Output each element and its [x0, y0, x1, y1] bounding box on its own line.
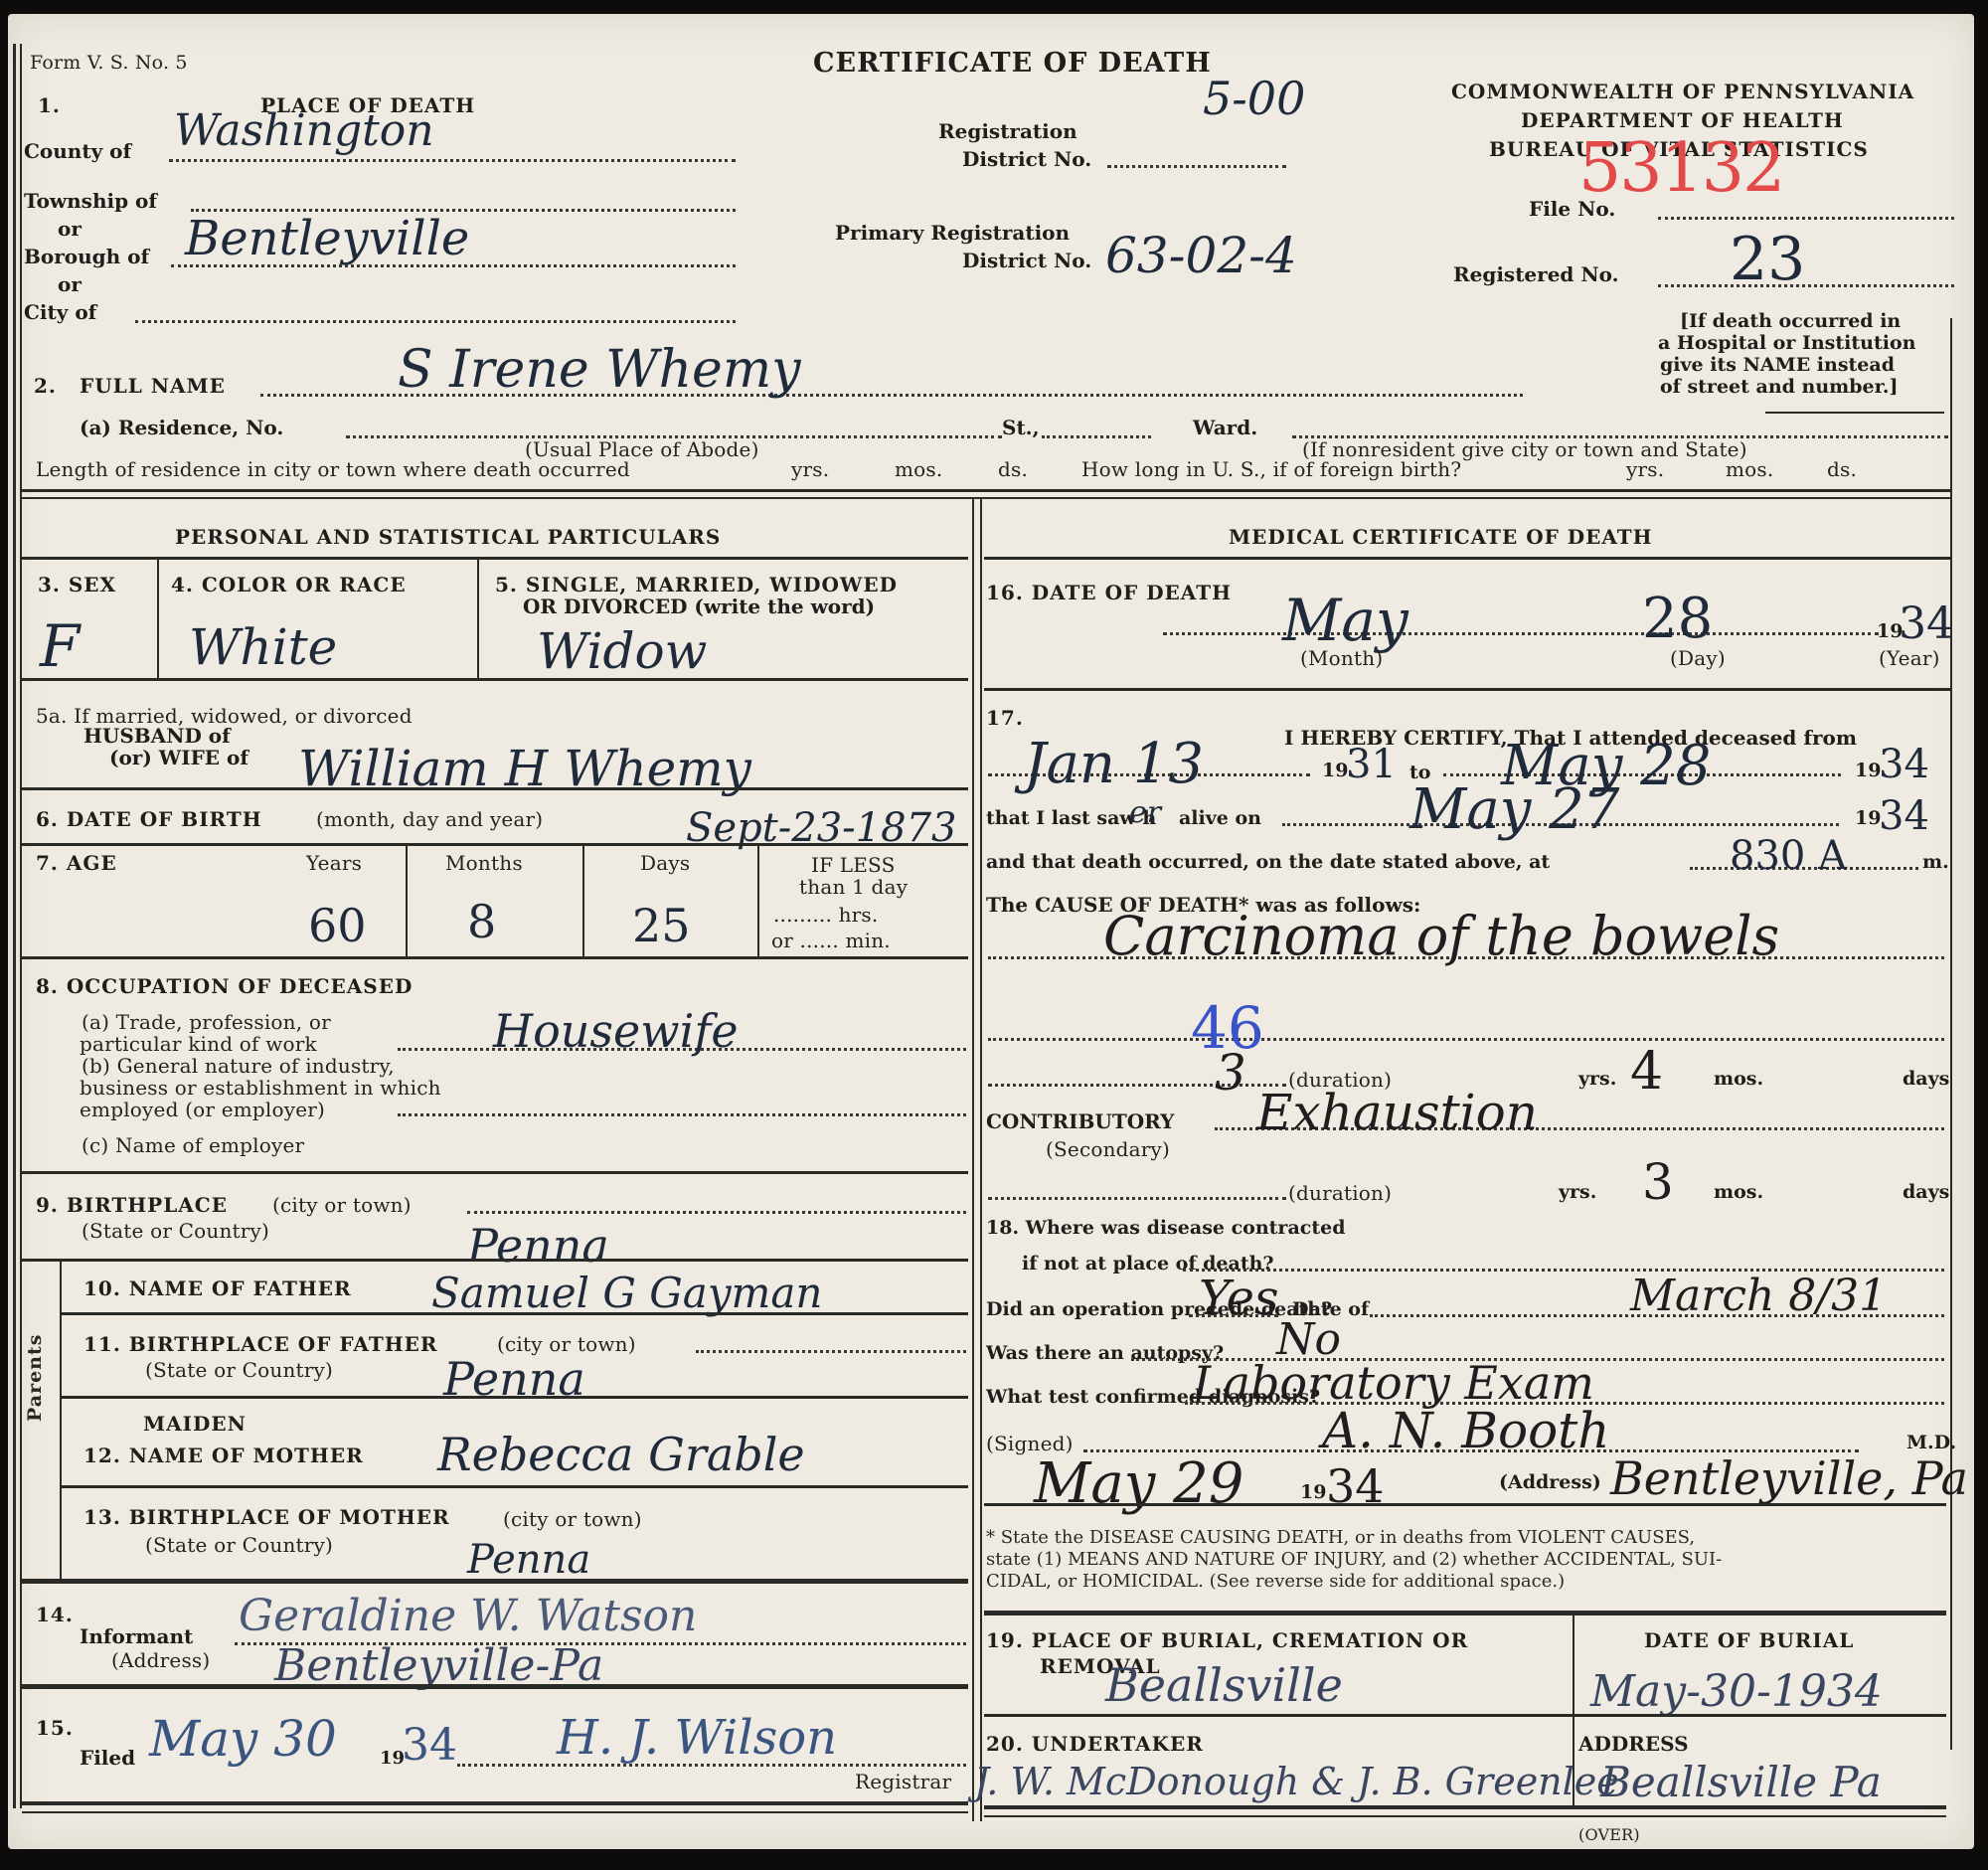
age-days-value[interactable]: 25: [632, 899, 691, 952]
right-border: [1950, 318, 1952, 1750]
left-border-outer: [13, 44, 16, 1808]
registration-label-1: Registration: [938, 119, 1077, 143]
burial-value[interactable]: Beallsville: [1105, 1658, 1343, 1712]
residence-label: (a) Residence, No.: [80, 416, 283, 439]
primary-registration-label-1: Primary Registration: [835, 221, 1070, 245]
age-div-2: [582, 845, 584, 956]
borough-label: Borough of: [24, 245, 149, 268]
occ-a-value[interactable]: Housewife: [493, 1004, 739, 1058]
dob-label: 6. DATE OF BIRTH: [36, 807, 262, 831]
footnote-1: * State the DISEASE CAUSING DEATH, or in…: [986, 1527, 1695, 1548]
contrib-duration-dots: [988, 1197, 1286, 1200]
section-rule-top: [22, 489, 1950, 492]
cert-number: 17.: [986, 706, 1024, 730]
bottom-rule-left-2: [22, 1811, 968, 1813]
birthplace-value[interactable]: Penna: [467, 1219, 609, 1273]
sex-divider: [157, 559, 159, 678]
age-less-hrs: ......... hrs.: [773, 903, 878, 927]
last-saw-pronoun[interactable]: er: [1129, 795, 1161, 830]
county-field[interactable]: [169, 159, 736, 162]
dod-day[interactable]: 28: [1642, 587, 1713, 651]
row-rule-3: [22, 678, 968, 681]
medical-heading: MEDICAL CERTIFICATE OF DEATH: [1229, 525, 1653, 549]
dod-label: 16. DATE OF DEATH: [986, 581, 1232, 604]
father-bp-label: 11. BIRTHPLACE OF FATHER: [83, 1332, 438, 1356]
signature-rule: [984, 1503, 1946, 1506]
occ-b-field[interactable]: [398, 1113, 966, 1116]
row-rule-8: [22, 1171, 968, 1174]
burial-date-label: DATE OF BURIAL: [1644, 1628, 1854, 1652]
age-less-1: IF LESS: [811, 853, 895, 877]
row-rule-12: [62, 1485, 968, 1488]
length-residence-label: Length of residence in city or town wher…: [36, 457, 630, 481]
hospital-note-2: a Hospital or Institution: [1658, 332, 1915, 354]
city-label: City of: [24, 300, 96, 324]
attended-from-year[interactable]: 31: [1346, 742, 1397, 787]
informant-number: 14.: [36, 1603, 74, 1626]
registered-no-value[interactable]: 23: [1730, 225, 1805, 294]
county-label: County of: [24, 139, 131, 163]
alive-on-label: alive on: [1179, 807, 1261, 829]
marital-value[interactable]: Widow: [537, 622, 707, 680]
city-field[interactable]: [135, 320, 736, 323]
borough-value[interactable]: Bentleyville: [185, 211, 469, 266]
marital-label-1: 5. SINGLE, MARRIED, WIDOWED: [495, 573, 898, 596]
father-bp-city-field[interactable]: [696, 1350, 966, 1353]
age-years-value[interactable]: 60: [308, 899, 367, 952]
burial-date-value[interactable]: May-30-1934: [1590, 1666, 1883, 1717]
filed-year[interactable]: 34: [402, 1720, 457, 1771]
primary-registration-value[interactable]: 63-02-4: [1105, 227, 1297, 284]
page-title: CERTIFICATE OF DEATH: [813, 48, 1212, 79]
age-months-value[interactable]: 8: [467, 895, 496, 948]
hospital-note-4: of street and number.]: [1660, 376, 1899, 398]
row-rule-11: [62, 1396, 968, 1399]
md-label: M.D.: [1906, 1432, 1956, 1453]
undertaker-address-value[interactable]: Beallsville Pa: [1600, 1758, 1882, 1806]
occ-b-3: employed (or employer): [80, 1098, 325, 1121]
parents-divider: [60, 1261, 62, 1581]
filed-number: 15.: [36, 1716, 74, 1740]
duration-mos-label: mos.: [1714, 1068, 1763, 1090]
age-div-1: [406, 845, 408, 956]
mother-bp-sub: (city or town): [503, 1507, 642, 1531]
dob-sub: (month, day and year): [316, 807, 543, 831]
row-rule-9: [22, 1259, 968, 1262]
column-divider-left: [972, 499, 974, 1821]
bottom-rule-right-1: [984, 1805, 1946, 1809]
contrib-yrs-label: yrs.: [1559, 1181, 1596, 1203]
address-label: (Address): [1499, 1471, 1601, 1493]
secondary-label: (Secondary): [1046, 1137, 1170, 1161]
signed-year-prefix: 19: [1300, 1481, 1326, 1503]
length-ds: ds.: [998, 457, 1028, 481]
operation-value[interactable]: Yes: [1199, 1271, 1279, 1326]
registered-no-dots: [1658, 284, 1954, 287]
full-name-label: FULL NAME: [80, 374, 226, 398]
occupation-heading: 8. OCCUPATION OF DECEASED: [36, 974, 413, 998]
registration-label-2: District No.: [962, 147, 1091, 171]
contributory-value[interactable]: Exhaustion: [1256, 1084, 1538, 1141]
row-rule-7: [22, 956, 968, 959]
q18-label-1: 18. Where was disease contracted: [986, 1217, 1345, 1239]
footnote-2: state (1) MEANS AND NATURE OF INJURY, an…: [986, 1549, 1722, 1570]
file-no-label: File No.: [1529, 197, 1615, 221]
registrar-value[interactable]: H. J. Wilson: [557, 1710, 837, 1766]
footnote-3: CIDAL, or HOMICIDAL. (See reverse side f…: [986, 1571, 1565, 1592]
row-rule-10: [62, 1312, 968, 1315]
day-caption: (Day): [1670, 646, 1726, 670]
contrib-mos-label: mos.: [1714, 1181, 1763, 1203]
mother-maiden: MAIDEN: [143, 1412, 247, 1436]
hospital-note-rule: [1765, 412, 1944, 414]
township-label: Township of: [24, 189, 157, 213]
operation-date[interactable]: March 8/31: [1630, 1271, 1887, 1321]
medical-heading-rule: [984, 557, 1950, 560]
street-field[interactable]: [1042, 435, 1151, 438]
personal-heading: PERSONAL AND STATISTICAL PARTICULARS: [175, 525, 721, 549]
dod-field[interactable]: [1163, 632, 1879, 635]
age-less-min: or ...... min.: [771, 929, 891, 952]
county-value[interactable]: Washington: [174, 105, 434, 156]
row-rule-14: [22, 1684, 968, 1689]
column-divider-right: [980, 499, 982, 1821]
address-value[interactable]: Bentleyville, Pa: [1610, 1451, 1968, 1505]
burial-top-rule: [984, 1611, 1946, 1615]
age-days-label: Days: [640, 851, 690, 875]
bottom-rule-left-1: [22, 1801, 968, 1805]
full-name-number: 2.: [34, 374, 57, 398]
age-div-3: [757, 845, 759, 956]
time-label: and that death occurred, on the date sta…: [986, 851, 1550, 873]
registration-district-value[interactable]: 5-00: [1203, 72, 1305, 125]
place-of-death-number: 1.: [38, 93, 61, 117]
attended-from[interactable]: Jan 13: [1024, 732, 1204, 796]
race-divider: [477, 559, 479, 678]
race-label: 4. COLOR OR RACE: [171, 573, 407, 596]
us-mos: mos.: [1726, 457, 1773, 481]
age-months-label: Months: [445, 851, 523, 875]
dod-month[interactable]: May: [1282, 587, 1408, 654]
row-rule-16: [984, 688, 1950, 691]
undertaker-label: 20. UNDERTAKER: [986, 1732, 1204, 1756]
mother-value[interactable]: Rebecca Grable: [437, 1428, 805, 1481]
last-saw-date[interactable]: May 27: [1409, 777, 1619, 842]
marital-label-2: OR DIVORCED (write the word): [523, 595, 875, 618]
cause-field-2[interactable]: [988, 1038, 1944, 1041]
duration-days-label: days: [1903, 1068, 1949, 1090]
occ-c: (c) Name of employer: [82, 1133, 304, 1157]
month-caption: (Month): [1300, 646, 1383, 670]
hospital-note-1: [If death occurred in: [1680, 310, 1901, 332]
street-label: St.,: [1002, 416, 1040, 439]
dod-year[interactable]: 34: [1899, 598, 1954, 649]
duration-yrs-value[interactable]: 3: [1215, 1044, 1246, 1102]
file-no-dots: [1658, 217, 1954, 220]
hospital-note-3: give its NAME instead: [1660, 354, 1895, 376]
contributory-label: CONTRIBUTORY: [986, 1109, 1174, 1133]
birthplace-sub: (city or town): [272, 1193, 412, 1217]
occ-b-2: business or establishment in which: [80, 1076, 441, 1100]
filed-date[interactable]: May 30: [149, 1710, 337, 1768]
signed-date[interactable]: May 29: [1034, 1451, 1243, 1516]
age-label: 7. AGE: [36, 851, 117, 875]
time-suffix: m.: [1922, 851, 1949, 873]
birthplace-city-field[interactable]: [467, 1211, 966, 1214]
us-ds: ds.: [1827, 457, 1857, 481]
length-mos: mos.: [895, 457, 942, 481]
contrib-mos-value[interactable]: 3: [1642, 1153, 1674, 1211]
spouse-label-3: (or) WIFE of: [109, 746, 248, 769]
contrib-days-label: days: [1903, 1181, 1949, 1203]
burial-mid-rule: [984, 1714, 1946, 1717]
row-rule-5a: [22, 787, 968, 790]
left-border-inner: [20, 44, 22, 1808]
ward-label: Ward.: [1193, 416, 1257, 439]
informant-address-label: (Address): [111, 1648, 210, 1672]
registrar-label: Registrar: [855, 1770, 951, 1793]
informant-value[interactable]: Geraldine W. Watson: [239, 1591, 697, 1641]
personal-heading-rule: [22, 557, 968, 560]
registered-no-label: Registered No.: [1453, 262, 1619, 286]
bottom-rule-right-2: [984, 1815, 1946, 1817]
duration-mos-value[interactable]: 4: [1630, 1042, 1663, 1102]
authority-line-1: COMMONWEALTH OF PENNSYLVANIA: [1451, 80, 1914, 103]
year-caption: (Year): [1879, 646, 1940, 670]
race-value[interactable]: White: [189, 618, 337, 676]
us-yrs: yrs.: [1626, 457, 1664, 481]
birthplace-sub2: (State or Country): [82, 1219, 269, 1243]
sex-value[interactable]: F: [40, 612, 80, 680]
section-rule-top-2: [22, 497, 1950, 499]
age-less-2: than 1 day: [799, 875, 908, 899]
age-years-label: Years: [306, 851, 362, 875]
mother-label: 12. NAME OF MOTHER: [83, 1444, 364, 1467]
mother-bp-sub2: (State or Country): [145, 1533, 333, 1557]
contrib-duration-label: (duration): [1288, 1181, 1392, 1205]
full-name-value[interactable]: S Irene Whemy: [398, 340, 801, 400]
occ-b-1: (b) General nature of industry,: [82, 1054, 395, 1078]
time-value[interactable]: 830 A: [1730, 833, 1847, 879]
or-text-2: or: [58, 272, 82, 296]
form-number: Form V. S. No. 5: [30, 52, 188, 74]
spouse-label-2: HUSBAND of: [83, 724, 231, 748]
duration-yrs-label: yrs.: [1578, 1068, 1616, 1090]
row-rule-6: [22, 843, 968, 846]
informant-label: Informant: [80, 1624, 193, 1648]
signed-value[interactable]: A. N. Booth: [1322, 1402, 1609, 1459]
over-label: (OVER): [1578, 1825, 1640, 1844]
registration-dots: [1107, 165, 1286, 168]
mother-bp-value[interactable]: Penna: [467, 1537, 590, 1583]
filed-label: Filed: [80, 1746, 135, 1770]
occ-a-2: particular kind of work: [80, 1032, 317, 1056]
length-yrs: yrs.: [791, 457, 829, 481]
occ-a-1: (a) Trade, profession, or: [82, 1010, 331, 1034]
or-text-1: or: [58, 217, 82, 241]
burial-label-1: 19. PLACE OF BURIAL, CREMATION OR: [986, 1628, 1468, 1652]
mother-bp-label: 13. BIRTHPLACE OF MOTHER: [83, 1505, 450, 1529]
undertaker-address-label: ADDRESS: [1578, 1732, 1689, 1756]
undertaker-value[interactable]: J. W. McDonough & J. B. Greenlee: [974, 1760, 1619, 1803]
parents-label: Parents: [24, 1334, 46, 1422]
father-bp-sub2: (State or Country): [145, 1358, 333, 1382]
how-long-us-label: How long in U. S., if of foreign birth?: [1081, 457, 1461, 481]
attended-to-year[interactable]: 34: [1879, 742, 1929, 787]
last-saw-year[interactable]: 34: [1879, 793, 1929, 839]
primary-registration-label-2: District No.: [962, 249, 1091, 272]
cause-value[interactable]: Carcinoma of the bowels: [1103, 905, 1779, 967]
row-rule-13: [22, 1579, 968, 1584]
father-value[interactable]: Samuel G Gayman: [431, 1269, 822, 1317]
sex-label: 3. SEX: [38, 573, 116, 596]
birthplace-label: 9. BIRTHPLACE: [36, 1193, 228, 1217]
father-label: 10. NAME OF FATHER: [83, 1276, 352, 1300]
